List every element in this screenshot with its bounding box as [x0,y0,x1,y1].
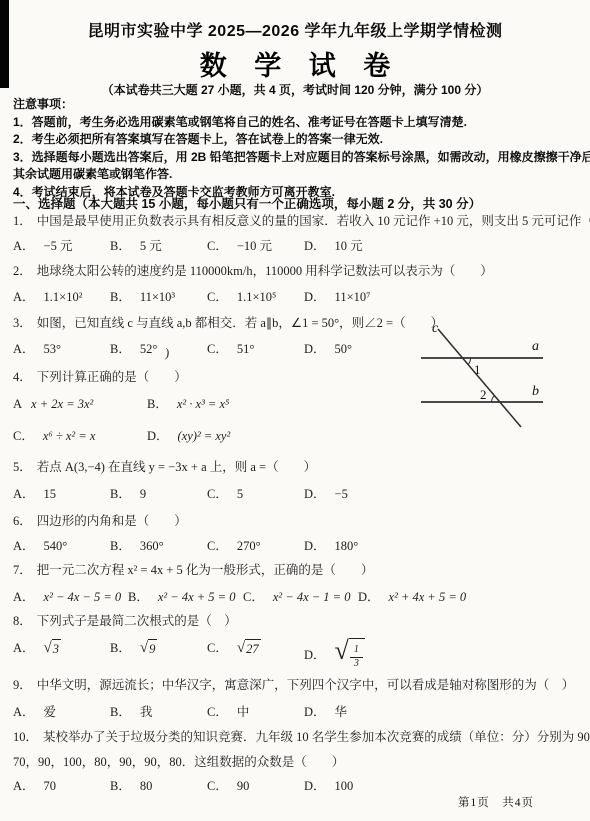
option-a: Ax + 2x = 3x² [13,394,147,414]
option-c: C．90 [207,776,304,796]
option-d: D．√13 [304,638,365,670]
option-b: B．x² − 4x + 5 = 0 [128,587,243,607]
question-options: A．爱 B．我 C．中 D．华 [13,702,584,722]
option-a: A．−5 元 [13,236,110,256]
option-d: D．50° [304,339,352,359]
school-header: 昆明市实验中学 2025—2026 学年九年级上学期学情检测 [0,18,590,41]
label-a: a [532,339,539,354]
question-5: 5．若点 A(3,−4) 在直线 y = −3x + a 上，则 a =（ ） … [13,457,584,504]
option-a: A．53° [13,339,110,359]
page-number: 第1页 共4页 [458,794,534,810]
option-d: D．x² + 4x + 5 = 0 [358,587,473,607]
line-c-transversal [438,329,521,427]
option-a: A．爱 [13,702,110,722]
option-c: C．270° [207,536,304,556]
option-c: C．中 [207,702,304,722]
exam-paper-page: 昆明市实验中学 2025—2026 学年九年级上学期学情检测 数 学 试 卷 （… [0,0,590,821]
question-text: 2．地球绕太阳公转的速度约是 110000km/h，110000 用科学记数法可… [13,261,584,281]
option-b: B．52° [110,339,207,359]
notice-line: 其余试题用碳素笔或钢笔作答. [13,166,586,184]
question-1: 1．中国是最早使用正负数表示具有相反意义的量的国家．若收入 10 元记作 +10… [13,211,584,256]
option-d: D．华 [304,702,347,722]
question-2: 2．地球绕太阳公转的速度约是 110000km/h，110000 用科学记数法可… [13,261,584,307]
option-b: B．x² · x³ = x⁵ [147,394,281,414]
radical-expression: √9 [140,639,157,658]
option-a: A．x² − 4x − 5 = 0 [13,587,128,607]
notice-line: 1．答题前，考生务必选用碳素笔或钢笔将自己的姓名、准考证号在答题卡上填写清楚. [13,114,586,132]
label-b: b [532,384,539,399]
notice-line: 2．考生必须把所有答案填写在答题卡上，答在试卷上的答案一律无效. [13,131,586,149]
question-options: A．70 B．80 C．90 D．100 [13,776,584,796]
question-9: 9．中华文明，源远流长；中华汉字，寓意深广，下列四个汉字中，可以看成是轴对称图形… [13,675,584,722]
question-text-line2: 70，90，100，80，90，90，80．这组数据的众数是（ ） [13,752,584,772]
option-d: D．−5 [304,484,348,504]
question-text-line1: 10．某校举办了关于垃圾分类的知识竞赛．九年级 10 名学生参加本次竞赛的成绩（… [13,727,584,747]
option-a: A．15 [13,484,110,504]
option-c: C．51° [207,339,304,359]
figure-svg: c a b 1 2 [418,318,568,463]
option-b: B．80 [110,776,207,796]
question-text: 1．中国是最早使用正负数表示具有相反意义的量的国家．若收入 10 元记作 +10… [13,211,584,231]
option-b: B．√9 [110,638,207,658]
option-b: B．我 [110,702,207,722]
option-a: A．70 [13,776,110,796]
paper-title: 数 学 试 卷 [0,44,590,83]
question-options: A．540° B．360° C．270° D．180° [13,536,584,556]
option-c: C．x⁶ ÷ x² = x [13,426,147,446]
section-heading: 一、选择题（本大题共 15 小题，每小题只有一个正确选项，每小题 2 分，共 3… [13,194,582,212]
option-a: A．1.1×10² [13,287,110,307]
option-d: D．(xy)² = xy² [147,426,281,446]
radical-expression: √27 [237,639,261,658]
question-text: 9．中华文明，源远流长；中华汉字，寓意深广，下列四个汉字中，可以看成是轴对称图形… [13,675,584,695]
option-b: B．5 元 [110,236,207,256]
option-d: D．11×10⁷ [304,287,370,307]
question-10: 10．某校举办了关于垃圾分类的知识竞赛．九年级 10 名学生参加本次竞赛的成绩（… [13,727,584,796]
label-c: c [432,321,439,336]
option-b: B．9 [110,484,207,504]
notices-block: 注意事项： 1．答题前，考生务必选用碳素笔或钢笔将自己的姓名、准考证号在答题卡上… [13,96,586,202]
option-a: A．540° [13,536,110,556]
option-d: D．180° [304,536,358,556]
q3-parallel-lines-figure: c a b 1 2 [418,318,568,463]
question-options: A．x² − 4x − 5 = 0 B．x² − 4x + 5 = 0 C．x²… [13,587,584,607]
option-c: C．x² − 4x − 1 = 0 [243,587,358,607]
angle1-label: 1 [474,362,481,377]
question-options: A．−5 元 B．5 元 C．−10 元 D．10 元 [13,236,584,256]
question-options: A．15 B．9 C．5 D．−5 [13,484,584,504]
question-6: 6．四边形的内角和是（ ） A．540° B．360° C．270° D．180… [13,511,584,556]
question-8: 8．下列式子是最简二次根式的是（ ） A．√3 B．√9 C．√27 D．√13 [13,611,584,670]
option-b: B．11×10³ [110,287,207,307]
option-c: C．5 [207,484,304,504]
option-c: C．−10 元 [207,236,304,256]
question-text: 6．四边形的内角和是（ ） [13,511,584,531]
question-7: 7．把一元二次方程 x² = 4x + 5 化为一般形式，正确的是（ ） A．x… [13,560,584,607]
question-options: A．1.1×10² B．11×10³ C．1.1×10⁵ D．11×10⁷ [13,287,584,307]
angle2-label: 2 [480,387,487,402]
notices-heading: 注意事项： [13,96,586,114]
option-c: C．1.1×10⁵ [207,287,304,307]
radical-fraction-expression: √13 [335,638,365,670]
question-text: 7．把一元二次方程 x² = 4x + 5 化为一般形式，正确的是（ ） [13,560,584,580]
question-options: A．√3 B．√9 C．√27 D．√13 [13,638,584,670]
option-c: C．√27 [207,638,304,658]
question-text: 8．下列式子是最简二次根式的是（ ） [13,611,584,631]
radical-expression: √3 [44,639,61,658]
option-d: D．100 [304,776,353,796]
option-b: B．360° [110,536,207,556]
option-d: D．10 元 [304,236,363,256]
option-a: A．√3 [13,638,110,658]
notice-line: 3．选择题每小题选出答案后，用 2B 铅笔把答题卡上对应题目的答案标号涂黑，如需… [13,149,586,167]
